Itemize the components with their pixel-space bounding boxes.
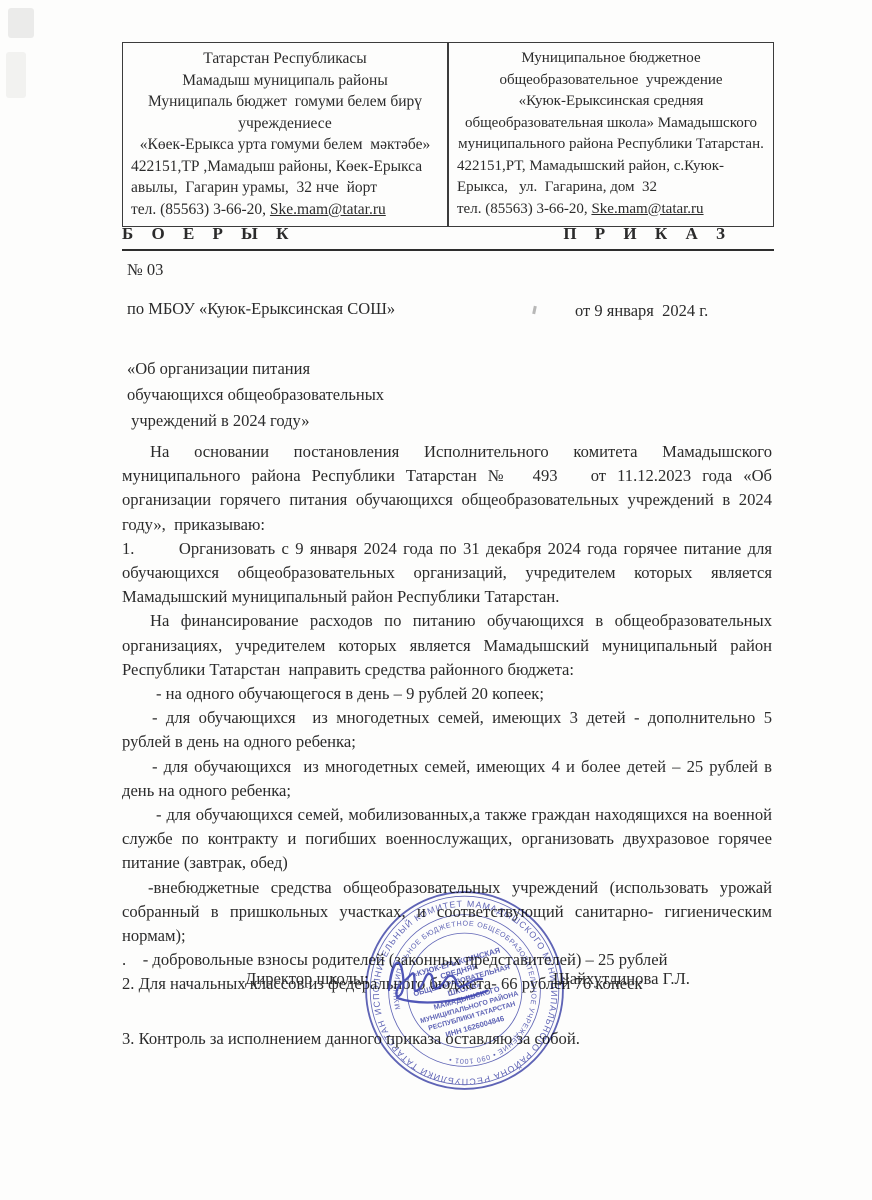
letterhead-tatar: Татарстан Республикасы Мамадыш муниципал… (122, 42, 448, 227)
letterhead-line: Муниципаль бюджет гомуми белем бирү (131, 91, 439, 113)
paragraph-dash-4-children: - для обучающихся из многодетных семей, … (122, 755, 772, 803)
document-date: от 9 января 2024 г. (575, 301, 708, 321)
letterhead-phone-line: тел. (85563) 3-66-20, Ske.mam@tatar.ru (457, 199, 765, 221)
handwritten-signature (383, 948, 498, 1010)
letterhead-line: «Көек-Ерыкса урта гомуми белем мәктәбе» (131, 134, 439, 156)
subject-line: обучающихся общеобразовательных (127, 382, 384, 408)
order-heading-russian: П Р И К А З (563, 224, 774, 244)
letterhead-address-line: 422151,ТР ,Мамадыш районы, Көек-Ерыкса (131, 156, 439, 178)
letterhead-line: «Куюк-Ерыксинская средняя (457, 91, 765, 113)
scan-artifact (532, 306, 537, 314)
letterhead-line: учреждениесе (131, 113, 439, 135)
letterhead: Татарстан Республикасы Мамадыш муниципал… (122, 42, 774, 227)
subject-line: учреждений в 2024 году» (127, 408, 384, 434)
letterhead-phone-line: тел. (85563) 3-66-20, Ske.mam@tatar.ru (131, 199, 439, 221)
letterhead-line: муниципального района Республики Татарст… (457, 134, 765, 156)
scan-smudge (8, 8, 34, 38)
letterhead-russian: Муниципальное бюджетное общеобразователь… (448, 42, 774, 227)
letterhead-address-line: Ерыкса, ул. Гагарина, дом 32 (457, 177, 765, 199)
order-heading-tatar: Б О Е Р Ы К (122, 224, 295, 244)
paragraph-dash-mobilized: - для обучающихся семей, мобилизованных,… (122, 803, 772, 876)
document-number: № 03 (127, 260, 163, 280)
phone-text: тел. (85563) 3-66-20, (131, 201, 270, 218)
letterhead-line: общеобразовательное учреждение (457, 70, 765, 92)
letterhead-line: Татарстан Республикасы (131, 48, 439, 70)
issuer-line: по МБОУ «Куюк-Ерыксинская СОШ» (127, 299, 395, 319)
signature-name: Шайхутдинова Г.Л. (553, 969, 690, 989)
paragraph-financing: На финансирование расходов по питанию об… (122, 609, 772, 682)
email-link[interactable]: Ske.mam@tatar.ru (270, 201, 386, 218)
paragraph-item-1: 1. Организовать с 9 января 2024 года по … (122, 537, 772, 610)
subject-line: «Об организации питания (127, 356, 384, 382)
letterhead-line: общеобразовательная школа» Мамадышского (457, 113, 765, 135)
order-heading-row: Б О Е Р Ы К П Р И К А З (122, 224, 774, 251)
scanned-order-document: Татарстан Республикасы Мамадыш муниципал… (0, 0, 872, 1200)
letterhead-line: Муниципальное бюджетное (457, 48, 765, 70)
paragraph-dash-3-children: - для обучающихся из многодетных семей, … (122, 706, 772, 754)
email-link[interactable]: Ske.mam@tatar.ru (591, 201, 703, 217)
scan-smudge (6, 52, 26, 98)
subject-block: «Об организации питания обучающихся обще… (127, 356, 384, 434)
letterhead-line: Мамадыш муниципаль районы (131, 70, 439, 92)
letterhead-address-line: авылы, Гагарин урамы, 32 нче йорт (131, 177, 439, 199)
paragraph-preamble: На основании постановления Исполнительно… (122, 440, 772, 537)
letterhead-address-line: 422151,РТ, Мамадышский район, с.Куюк- (457, 156, 765, 178)
signature-label: Директор школы: (245, 969, 369, 989)
paragraph-dash-per-day: - на одного обучающегося в день – 9 рубл… (122, 682, 772, 706)
phone-text: тел. (85563) 3-66-20, (457, 201, 591, 217)
